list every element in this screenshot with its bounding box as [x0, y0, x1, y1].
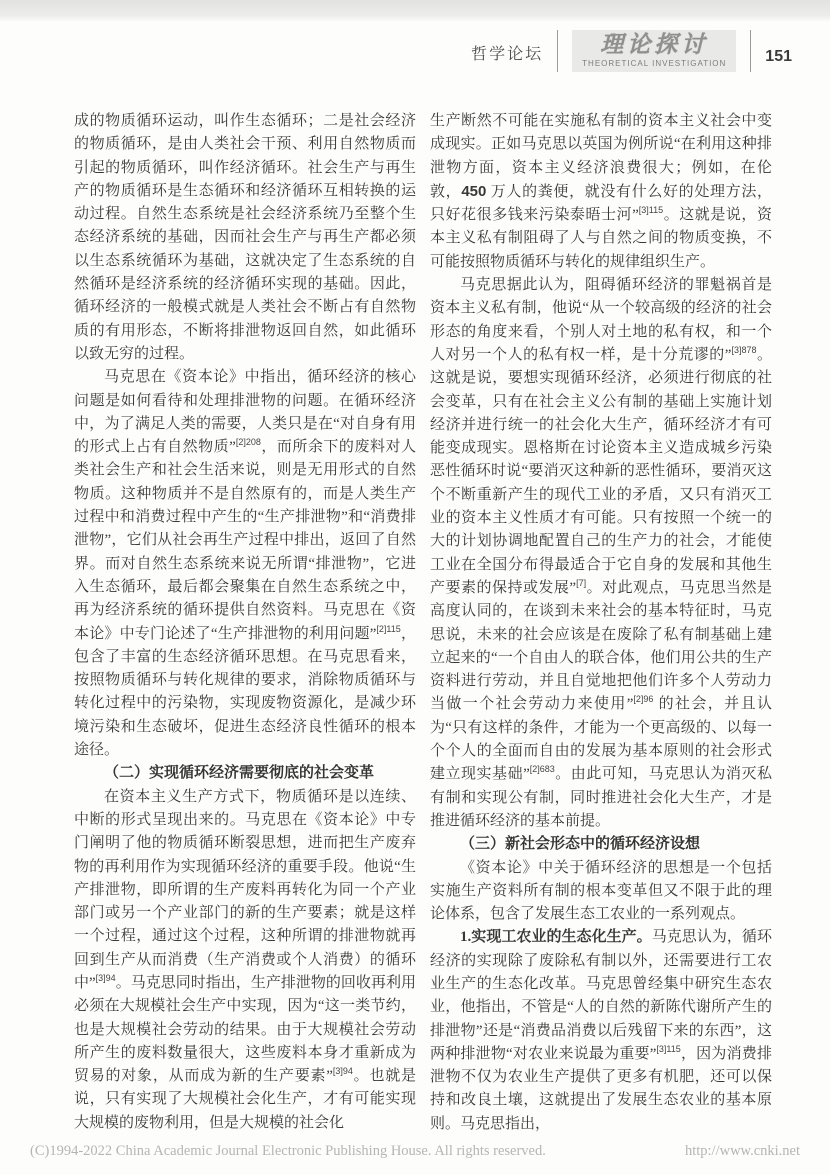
citation-superscript: [3]878 — [731, 345, 756, 355]
bold-emphasis: 450 — [461, 183, 486, 200]
journal-logo: 理论探讨 THEORETICAL INVESTIGATION — [572, 30, 736, 72]
scan-edge-artifact — [0, 0, 830, 22]
paragraph: 马克思据此认为，阻碍循环经济的罪魁祸首是资本主义私有制，他说“从一个较高级的经济… — [430, 274, 772, 833]
paragraph: 成的物质循环运动，叫作生态循环；二是社会经济的物质循环，是由人类社会干预、利用自… — [74, 110, 416, 366]
paragraph: 《资本论》中关于循环经济的思想是一个包括实施生产资料所有制的根本变革但又不限于此… — [430, 857, 772, 927]
citation-superscript: [7] — [576, 578, 586, 588]
paragraph: 在资本主义生产方式下，物质循环是以连续、中断的形式呈现出来的。马克思在《资本论》… — [74, 786, 416, 1135]
page-number: 151 — [765, 48, 792, 72]
citation-superscript: [2]208 — [236, 437, 261, 447]
page-footer: (C)1994-2022 China Academic Journal Elec… — [30, 1141, 800, 1161]
paragraph: 1.实现工农业的生态化生产。马克思认为，循环经济的实现除了废除私有制以外，还需要… — [430, 926, 772, 1136]
section-subheading: （二）实现循环经济需要彻底的社会变革 — [74, 762, 416, 785]
citation-superscript: [3]115 — [639, 205, 663, 215]
copyright-text: (C)1994-2022 China Academic Journal Elec… — [30, 1143, 546, 1160]
paragraph: 生产断然不可能在实施私有制的资本主义社会中变成现实。正如马克思以英国为例所说“在… — [430, 110, 772, 274]
citation-superscript: [2]115 — [376, 624, 400, 634]
citation-superscript: [2]96 — [633, 694, 653, 704]
bold-emphasis: 1.实现工农业的生态化生产。 — [460, 929, 652, 945]
cnki-url[interactable]: http://www.cnki.net — [685, 1143, 800, 1160]
paragraph: 马克思在《资本论》中指出，循环经济的核心问题是如何看待和处理排泄物的问题。在循环… — [74, 366, 416, 762]
text-column-right: 生产断然不可能在实施私有制的资本主义社会中变成现实。正如马克思以英国为例所说“在… — [430, 110, 772, 1136]
header-divider — [750, 30, 751, 72]
text-column-left: 成的物质循环运动，叫作生态循环；二是社会经济的物质循环，是由人类社会干预、利用自… — [74, 110, 416, 1135]
journal-name-en: THEORETICAL INVESTIGATION — [582, 59, 726, 68]
header-divider — [557, 30, 558, 72]
section-label: 哲学论坛 — [471, 41, 543, 72]
citation-superscript: [2]683 — [530, 764, 555, 774]
citation-superscript: [3]94 — [96, 973, 116, 983]
journal-name-cn: 理论探讨 — [600, 33, 708, 56]
section-subheading: （三）新社会形态中的循环经济设想 — [430, 833, 772, 856]
citation-superscript: [3]115 — [656, 1044, 680, 1054]
page-header: 哲学论坛 理论探讨 THEORETICAL INVESTIGATION 151 — [0, 30, 830, 90]
citation-superscript: [3]94 — [333, 1066, 353, 1076]
